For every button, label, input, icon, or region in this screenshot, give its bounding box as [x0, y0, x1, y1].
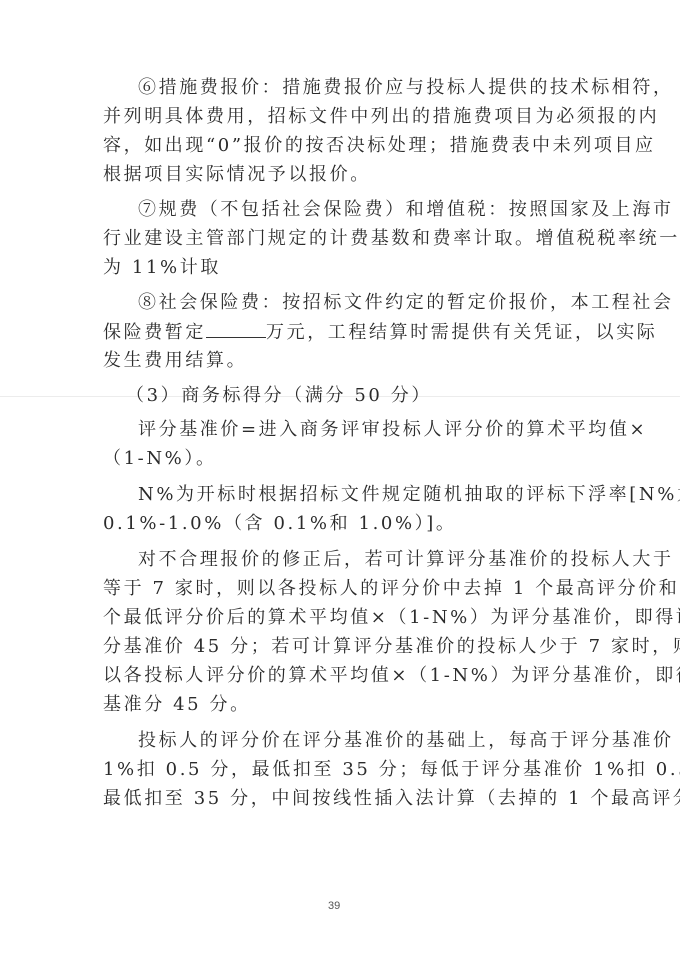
- adjust-line-1: 对不合理报价的修正后，若可计算评分基准价的投标人大于: [138, 549, 674, 571]
- document-page: ⑥措施费报价：措施费报价应与投标人提供的技术标相符， 并列明具体费用，招标文件中…: [0, 0, 680, 972]
- para-7-line-3: 为 11%计取: [103, 257, 221, 279]
- adjust-line-5: 以各投标人评分价的算术平均值×（1-N%）为评分基准价，即得: [103, 665, 680, 687]
- adjust-line-6: 基准分 45 分。: [103, 694, 251, 716]
- adjust-line-4: 分基准价 45 分；若可计算评分基准价的投标人少于 7 家时，则: [103, 636, 680, 658]
- section-3-heading: （3）商务标得分（满分 50 分）: [126, 385, 432, 407]
- base-price-line-2: （1-N%）。: [103, 448, 217, 470]
- adjust-line-3: 个最低评分价后的算术平均值×（1-N%）为评分基准价，即得评: [103, 607, 680, 629]
- para-6-line-4: 根据项目实际情况予以报价。: [103, 164, 371, 186]
- amount-blank: [206, 321, 266, 338]
- score-line-1: 投标人的评分价在评分基准价的基础上，每高于评分基准价: [138, 730, 674, 752]
- para-8-line-2: 保险费暂定万元，工程结算时需提供有关凭证，以实际: [103, 321, 657, 344]
- para-7-line-1: ⑦规费（不包括社会保险费）和增值税：按照国家及上海市: [138, 199, 674, 221]
- adjust-line-2: 等于 7 家时，则以各投标人的评分价中去掉 1 个最高评分价和 1: [103, 578, 680, 600]
- n-rate-line-2: 0.1%-1.0%（含 0.1%和 1.0%）]。: [103, 513, 456, 535]
- score-line-3: 最低扣至 35 分，中间按线性插入法计算（去掉的 1 个最高评分: [103, 788, 680, 810]
- base-price-line-1: 评分基准价=进入商务评审投标人评分价的算术平均值×: [138, 419, 647, 441]
- para-7-line-2: 行业建设主管部门规定的计费基数和费率计取。增值税税率统一: [103, 228, 680, 250]
- para-8-line-2-end: 万元，工程结算时需提供有关凭证，以实际: [266, 322, 657, 343]
- para-8-line-1: ⑧社会保险费：按招标文件约定的暂定价报价，本工程社会: [138, 292, 674, 314]
- n-rate-line-1: N%为开标时根据招标文件规定随机抽取的评标下浮率[N%为: [138, 484, 680, 506]
- para-6-line-3: 容，如出现“0”报价的按否决标处理；措施费表中未列项目应: [103, 135, 656, 157]
- para-6-line-1: ⑥措施费报价：措施费报价应与投标人提供的技术标相符，: [138, 77, 674, 99]
- para-8-line-3: 发生费用结算。: [103, 350, 247, 372]
- para-6-line-2: 并列明具体费用，招标文件中列出的措施费项目为必须报的内: [103, 106, 659, 128]
- score-line-2: 1%扣 0.5 分，最低扣至 35 分；每低于评分基准价 1%扣 0.5 分，: [103, 759, 680, 781]
- para-8-line-2-start: 保险费暂定: [103, 322, 206, 343]
- page-number: 39: [328, 900, 340, 912]
